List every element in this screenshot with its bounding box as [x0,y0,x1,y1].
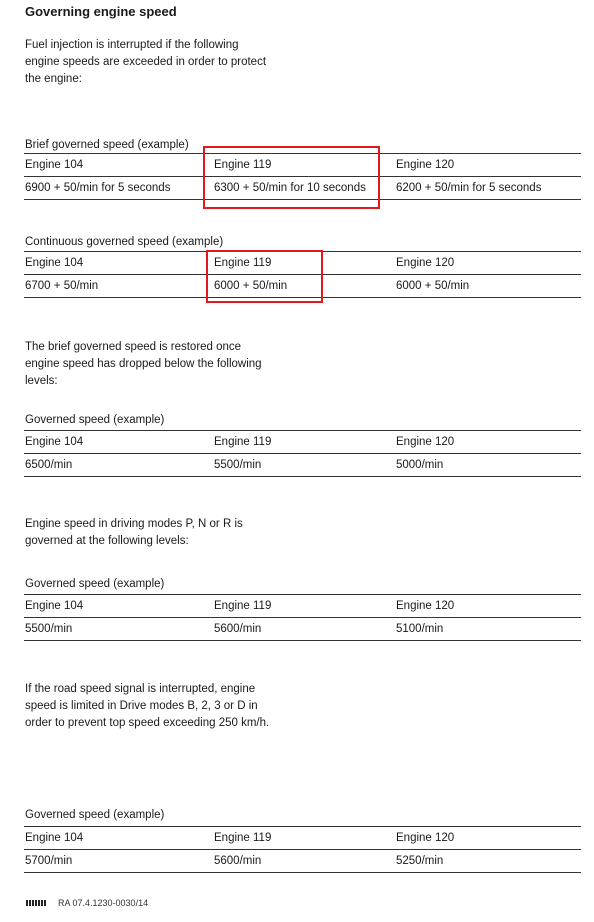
table-caption-governed: Governed speed (example) [25,809,164,821]
table-header-row: Engine 104 Engine 119 Engine 120 [24,594,581,617]
header-cell: Engine 119 [214,436,396,448]
value-cell: 5600/min [214,623,396,635]
header-cell: Engine 119 [214,832,396,844]
signal-paragraph: If the road speed signal is interrupted,… [25,681,325,732]
value-cell: 5500/min [24,623,214,635]
value-cell: 6500/min [24,459,214,471]
value-cell: 5100/min [396,623,581,635]
page-title: Governing engine speed [25,4,177,19]
header-cell: Engine 104 [24,257,214,269]
value-cell: 5250/min [396,855,581,867]
table-header-row: Engine 104 Engine 119 Engine 120 [24,826,581,849]
table-row: 5500/min 5600/min 5100/min [24,617,581,641]
table-governed-speed-pnr: Engine 104 Engine 119 Engine 120 5500/mi… [24,594,581,641]
header-cell: Engine 120 [396,832,581,844]
header-cell: Engine 120 [396,600,581,612]
header-cell: Engine 120 [396,436,581,448]
table-caption-brief: Brief governed speed (example) [25,139,189,151]
table-header-row: Engine 104 Engine 119 Engine 120 [24,430,581,453]
paragraph-line: If the road speed signal is interrupted,… [25,681,325,698]
value-cell: 5500/min [214,459,396,471]
intro-line: Fuel injection is interrupted if the fol… [25,37,325,54]
table-governed-speed-restore: Engine 104 Engine 119 Engine 120 6500/mi… [24,430,581,477]
paragraph-line: order to prevent top speed exceeding 250… [25,715,325,732]
table-caption-governed: Governed speed (example) [25,414,164,426]
publisher-logo-icon [26,900,46,906]
footer: RA 07.4.1230-0030/14 [26,898,148,908]
paragraph-line: levels: [25,373,325,390]
header-cell: Engine 104 [24,159,214,171]
restored-paragraph: The brief governed speed is restored onc… [25,339,325,390]
value-cell: 5700/min [24,855,214,867]
paragraph-line: speed is limited in Drive modes B, 2, 3 … [25,698,325,715]
table-caption-governed: Governed speed (example) [25,578,164,590]
table-governed-speed-signal: Engine 104 Engine 119 Engine 120 5700/mi… [24,826,581,873]
value-cell: 6000 + 50/min [396,280,581,292]
table-caption-continuous: Continuous governed speed (example) [25,236,223,248]
modes-paragraph: Engine speed in driving modes P, N or R … [25,516,325,550]
value-cell: 6200 + 50/min for 5 seconds [396,182,581,194]
highlight-box [203,146,380,209]
paragraph-line: The brief governed speed is restored onc… [25,339,325,356]
intro-line: engine speeds are exceeded in order to p… [25,54,325,71]
value-cell: 5000/min [396,459,581,471]
intro-paragraph: Fuel injection is interrupted if the fol… [25,37,325,88]
paragraph-line: engine speed has dropped below the follo… [25,356,325,373]
header-cell: Engine 104 [24,600,214,612]
header-cell: Engine 104 [24,436,214,448]
table-row: 6500/min 5500/min 5000/min [24,453,581,477]
header-cell: Engine 104 [24,832,214,844]
document-code: RA 07.4.1230-0030/14 [58,898,148,908]
value-cell: 5600/min [214,855,396,867]
table-row: 5700/min 5600/min 5250/min [24,849,581,873]
header-cell: Engine 120 [396,159,581,171]
paragraph-line: governed at the following levels: [25,533,325,550]
value-cell: 6900 + 50/min for 5 seconds [24,182,214,194]
paragraph-line: Engine speed in driving modes P, N or R … [25,516,325,533]
header-cell: Engine 119 [214,600,396,612]
header-cell: Engine 120 [396,257,581,269]
highlight-box [206,250,323,303]
intro-line: the engine: [25,71,325,88]
value-cell: 6700 + 50/min [24,280,214,292]
